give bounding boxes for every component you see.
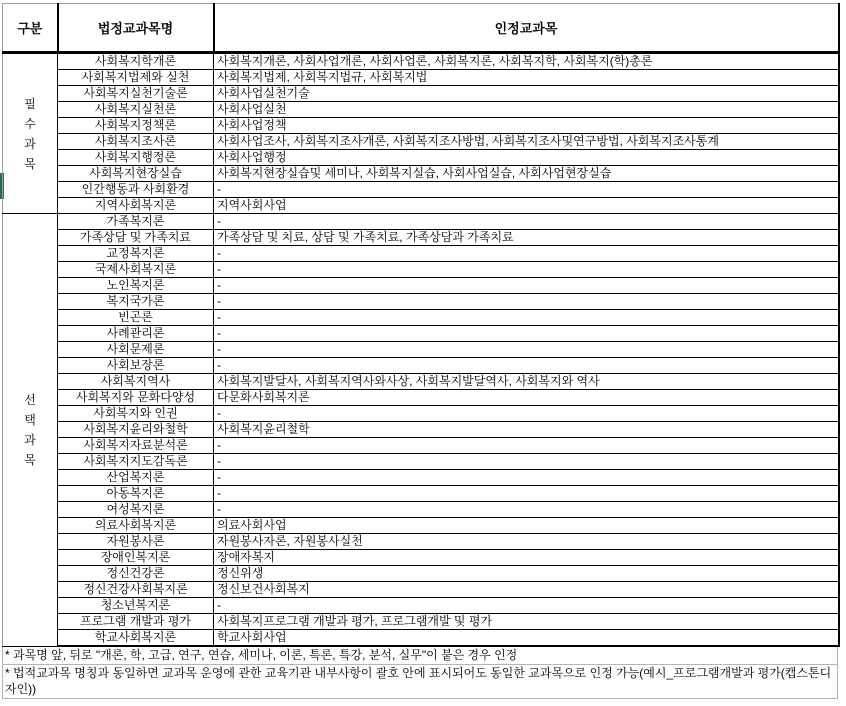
table-row: 프로그램 개발과 평가사회복지프로그램 개발과 평가, 프로그램개발 및 평가 bbox=[3, 614, 839, 630]
table-row: 사회복지와 문화다양성다문화사회복지론 bbox=[3, 390, 839, 406]
statutory-subject-cell: 사례관리론 bbox=[58, 326, 214, 342]
table-row: 사회복지조사론사회사업조사, 사회복지조사개론, 사회복지조사방법, 사회복지조… bbox=[3, 134, 839, 150]
table-row: 노인복지론- bbox=[3, 278, 839, 294]
statutory-subject-cell: 학교사회복지론 bbox=[58, 630, 214, 647]
statutory-subject-cell: 지역사회복지론 bbox=[58, 198, 214, 214]
recognized-subjects-cell: - bbox=[214, 470, 839, 486]
recognized-subjects-cell: 의료사회사업 bbox=[214, 518, 839, 534]
footnote-2: * 법적교과목 명칭과 동일하면 교과목 운영에 관한 교육기관 내부사항이 괄… bbox=[3, 664, 837, 698]
recognized-subjects-cell: 사회복지현장실습및 세미나, 사회복지실습, 사회사업실습, 사회사업현장실습 bbox=[214, 166, 839, 182]
statutory-subject-cell: 사회복지와 문화다양성 bbox=[58, 390, 214, 406]
recognized-subjects-cell: - bbox=[214, 454, 839, 470]
table-row: 국제사회복지론- bbox=[3, 262, 839, 278]
recognized-subjects-cell: 사회복지개론, 사회사업개론, 사회사업론, 사회복지론, 사회복지학, 사회복… bbox=[214, 53, 839, 70]
statutory-subject-cell: 가족복지론 bbox=[58, 214, 214, 230]
statutory-subject-cell: 사회복지행정론 bbox=[58, 150, 214, 166]
table-row: 교정복지론- bbox=[3, 246, 839, 262]
recognized-subjects-cell: 사회복지윤리철학 bbox=[214, 422, 839, 438]
statutory-subject-cell: 사회복지지도감독론 bbox=[58, 454, 214, 470]
statutory-subject-cell: 사회복지윤리와철학 bbox=[58, 422, 214, 438]
statutory-subject-cell: 국제사회복지론 bbox=[58, 262, 214, 278]
recognized-subjects-cell: - bbox=[214, 182, 839, 198]
table-row: 사회복지자료분석론- bbox=[3, 438, 839, 454]
table-row: 사회복지와 인권- bbox=[3, 406, 839, 422]
recognized-subjects-cell: 사회사업정책 bbox=[214, 118, 839, 134]
table-row: 가족상담 및 가족치료가족상담 및 치료, 상담 및 가족치료, 가족상담과 가… bbox=[3, 230, 839, 246]
recognized-subjects-cell: 정신위생 bbox=[214, 566, 839, 582]
recognized-subjects-cell: 사회사업조사, 사회복지조사개론, 사회복지조사방법, 사회복지조사및연구방법,… bbox=[214, 134, 839, 150]
table-row: 사회복지지도감독론- bbox=[3, 454, 839, 470]
col-header-recognized: 인정교과목 bbox=[214, 4, 839, 53]
statutory-subject-cell: 사회복지조사론 bbox=[58, 134, 214, 150]
recognized-subjects-cell: - bbox=[214, 502, 839, 518]
category-group-label: 선택과목 bbox=[23, 390, 37, 470]
statutory-subject-cell: 자원봉사론 bbox=[58, 534, 214, 550]
recognized-subjects-cell: - bbox=[214, 246, 839, 262]
table-row: 정신건강론정신위생 bbox=[3, 566, 839, 582]
statutory-subject-cell: 교정복지론 bbox=[58, 246, 214, 262]
category-group-label: 필수과목 bbox=[23, 94, 37, 174]
table-row: 의료사회복지론의료사회사업 bbox=[3, 518, 839, 534]
recognized-subjects-cell: 학교사회사업 bbox=[214, 630, 839, 647]
table-row: 지역사회복지론지역사회사업 bbox=[3, 198, 839, 214]
table-row: 사회복지행정론사회사업행정 bbox=[3, 150, 839, 166]
table-row: 빈곤론- bbox=[3, 310, 839, 326]
recognized-subjects-cell: 장애자복지 bbox=[214, 550, 839, 566]
header-row: 구분 법정교과목명 인정교과목 bbox=[3, 4, 839, 53]
statutory-subject-cell: 장애인복지론 bbox=[58, 550, 214, 566]
table-row: 자원봉사론자원봉사자론, 자원봉사실천 bbox=[3, 534, 839, 550]
table-row: 선택과목가족복지론- bbox=[3, 214, 839, 230]
table-row: 장애인복지론장애자복지 bbox=[3, 550, 839, 566]
statutory-subject-cell: 사회복지자료분석론 bbox=[58, 438, 214, 454]
category-group-cell: 선택과목 bbox=[3, 214, 58, 647]
table-row: 사회문제론- bbox=[3, 342, 839, 358]
statutory-subject-cell: 빈곤론 bbox=[58, 310, 214, 326]
recognized-subjects-cell: 다문화사회복지론 bbox=[214, 390, 839, 406]
statutory-subject-cell: 사회복지역사 bbox=[58, 374, 214, 390]
table-row: 사례관리론- bbox=[3, 326, 839, 342]
recognized-subjects-cell: - bbox=[214, 486, 839, 502]
statutory-subject-cell: 프로그램 개발과 평가 bbox=[58, 614, 214, 630]
recognized-subjects-cell: 지역사회사업 bbox=[214, 198, 839, 214]
statutory-subject-cell: 사회복지와 인권 bbox=[58, 406, 214, 422]
recognized-subjects-cell: - bbox=[214, 326, 839, 342]
curriculum-table: 구분 법정교과목명 인정교과목 필수과목사회복지학개론사회복지개론, 사회사업개… bbox=[2, 3, 840, 647]
recognized-subjects-cell: - bbox=[214, 310, 839, 326]
statutory-subject-cell: 사회복지실천기술론 bbox=[58, 86, 214, 102]
statutory-subject-cell: 여성복지론 bbox=[58, 502, 214, 518]
statutory-subject-cell: 사회복지학개론 bbox=[58, 53, 214, 70]
recognized-subjects-cell: - bbox=[214, 262, 839, 278]
col-header-statutory: 법정교과목명 bbox=[58, 4, 214, 53]
recognized-subjects-cell: - bbox=[214, 598, 839, 614]
col-header-category: 구분 bbox=[3, 4, 58, 53]
category-group-cell: 필수과목 bbox=[3, 53, 58, 214]
table-row: 사회복지정책론사회사업정책 bbox=[3, 118, 839, 134]
recognized-subjects-cell: - bbox=[214, 294, 839, 310]
table-row: 청소년복지론- bbox=[3, 598, 839, 614]
table-row: 복지국가론- bbox=[3, 294, 839, 310]
recognized-subjects-cell: - bbox=[214, 278, 839, 294]
statutory-subject-cell: 사회복지현장실습 bbox=[58, 166, 214, 182]
table-row: 학교사회복지론학교사회사업 bbox=[3, 630, 839, 647]
recognized-subjects-cell: 사회복지발달사, 사회복지역사와사상, 사회복지발달역사, 사회복지와 역사 bbox=[214, 374, 839, 390]
recognized-subjects-cell: - bbox=[214, 358, 839, 374]
table-row: 필수과목사회복지학개론사회복지개론, 사회사업개론, 사회사업론, 사회복지론,… bbox=[3, 53, 839, 70]
statutory-subject-cell: 산업복지론 bbox=[58, 470, 214, 486]
statutory-subject-cell: 아동복지론 bbox=[58, 486, 214, 502]
table-row: 인간행동과 사회환경- bbox=[3, 182, 839, 198]
recognized-subjects-cell: 정신보건사회복지 bbox=[214, 582, 839, 598]
statutory-subject-cell: 복지국가론 bbox=[58, 294, 214, 310]
table-row: 사회복지윤리와철학사회복지윤리철학 bbox=[3, 422, 839, 438]
recognized-subjects-cell: - bbox=[214, 406, 839, 422]
table-row: 사회복지현장실습사회복지현장실습및 세미나, 사회복지실습, 사회사업실습, 사… bbox=[3, 166, 839, 182]
table-row: 사회복지역사사회복지발달사, 사회복지역사와사상, 사회복지발달역사, 사회복지… bbox=[3, 374, 839, 390]
recognized-subjects-cell: 가족상담 및 치료, 상담 및 가족치료, 가족상담과 가족치료 bbox=[214, 230, 839, 246]
recognized-subjects-cell: 사회사업실천기술 bbox=[214, 86, 839, 102]
table-row: 정신건강사회복지론정신보건사회복지 bbox=[3, 582, 839, 598]
statutory-subject-cell: 정신건강사회복지론 bbox=[58, 582, 214, 598]
statutory-subject-cell: 사회보장론 bbox=[58, 358, 214, 374]
table-header: 구분 법정교과목명 인정교과목 bbox=[3, 4, 839, 53]
table-row: 여성복지론- bbox=[3, 502, 839, 518]
recognized-subjects-cell: 사회복지법제, 사회복지법규, 사회복지법 bbox=[214, 70, 839, 86]
recognized-subjects-cell: 사회복지프로그램 개발과 평가, 프로그램개발 및 평가 bbox=[214, 614, 839, 630]
recognized-subjects-cell: 사회사업행정 bbox=[214, 150, 839, 166]
curriculum-table-sheet: 구분 법정교과목명 인정교과목 필수과목사회복지학개론사회복지개론, 사회사업개… bbox=[0, 0, 846, 706]
recognized-subjects-cell: 사회사업실천 bbox=[214, 102, 839, 118]
recognized-subjects-cell: - bbox=[214, 438, 839, 454]
table-row: 산업복지론- bbox=[3, 470, 839, 486]
statutory-subject-cell: 의료사회복지론 bbox=[58, 518, 214, 534]
table-row: 사회보장론- bbox=[3, 358, 839, 374]
statutory-subject-cell: 인간행동과 사회환경 bbox=[58, 182, 214, 198]
statutory-subject-cell: 사회복지법제와 실천 bbox=[58, 70, 214, 86]
statutory-subject-cell: 정신건강론 bbox=[58, 566, 214, 582]
recognized-subjects-cell: - bbox=[214, 214, 839, 230]
table-row: 아동복지론- bbox=[3, 486, 839, 502]
statutory-subject-cell: 노인복지론 bbox=[58, 278, 214, 294]
table-body: 필수과목사회복지학개론사회복지개론, 사회사업개론, 사회사업론, 사회복지론,… bbox=[3, 53, 839, 647]
table-wrap: 구분 법정교과목명 인정교과목 필수과목사회복지학개론사회복지개론, 사회사업개… bbox=[2, 3, 839, 699]
statutory-subject-cell: 청소년복지론 bbox=[58, 598, 214, 614]
table-row: 사회복지실천기술론사회사업실천기술 bbox=[3, 86, 839, 102]
footnote-1: * 과목명 앞, 뒤로 "개론, 학, 고급, 연구, 연습, 세미나, 이론,… bbox=[3, 647, 837, 664]
recognized-subjects-cell: 자원봉사자론, 자원봉사실천 bbox=[214, 534, 839, 550]
statutory-subject-cell: 가족상담 및 가족치료 bbox=[58, 230, 214, 246]
statutory-subject-cell: 사회문제론 bbox=[58, 342, 214, 358]
table-row: 사회복지실천론사회사업실천 bbox=[3, 102, 839, 118]
footnotes: * 과목명 앞, 뒤로 "개론, 학, 고급, 연구, 연습, 세미나, 이론,… bbox=[2, 647, 838, 699]
table-row: 사회복지법제와 실천사회복지법제, 사회복지법규, 사회복지법 bbox=[3, 70, 839, 86]
statutory-subject-cell: 사회복지정책론 bbox=[58, 118, 214, 134]
statutory-subject-cell: 사회복지실천론 bbox=[58, 102, 214, 118]
recognized-subjects-cell: - bbox=[214, 342, 839, 358]
